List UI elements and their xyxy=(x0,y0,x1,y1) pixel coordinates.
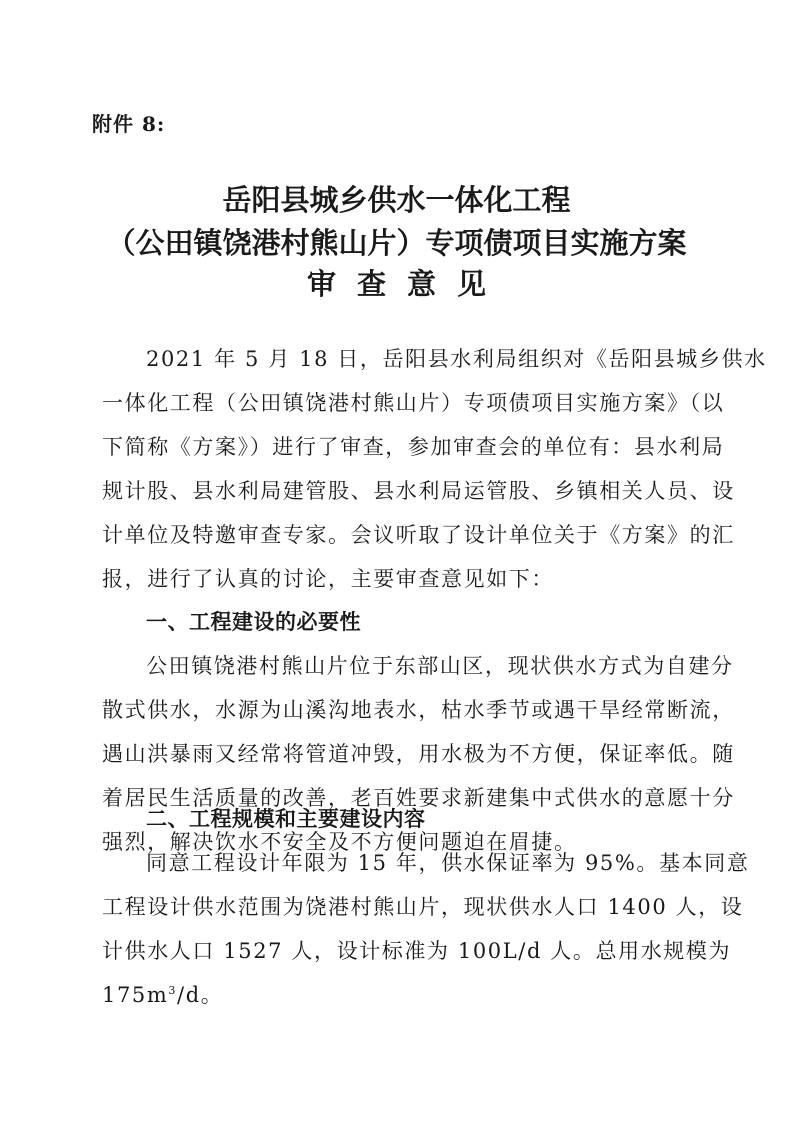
paragraph-line: 规计股、县水利局建管股、县水利局运管股、乡镇相关人员、设 xyxy=(102,475,702,505)
paragraph-line: 2021 年 5 月 18 日，岳阳县水利局组织对《岳阳县城乡供水 xyxy=(146,343,746,373)
paragraph-line: 同意工程设计年限为 15 年，供水保证率为 95%。基本同意 xyxy=(146,847,746,877)
paragraph-line: 遇山洪暴雨又经常将管道冲毁，用水极为不方便，保证率低。随 xyxy=(102,738,702,768)
paragraph-line: 散式供水，水源为山溪沟地表水，枯水季节或遇干旱经常断流， xyxy=(102,694,702,724)
water-volume-unit: /d。 xyxy=(177,983,223,1007)
annex-label: 附件 8: xyxy=(92,108,165,137)
paragraph-line: 一体化工程（公田镇饶港村熊山片）专项债项目实施方案》（以 xyxy=(102,387,702,417)
document-title-line-3: 审查意见 xyxy=(0,262,793,303)
document-title-line-1: 岳阳县城乡供水一体化工程 xyxy=(0,178,793,219)
section-heading: 二、工程规模和主要建设内容 xyxy=(146,803,746,833)
document-page: 附件 8: 岳阳县城乡供水一体化工程 （公田镇饶港村熊山片）专项债项目实施方案 … xyxy=(0,0,793,1122)
paragraph-line: 计供水人口 1527 人，设计标准为 100L/d 人。总用水规模为 xyxy=(102,935,702,965)
document-title-line-2: （公田镇饶港村熊山片）专项债项目实施方案 xyxy=(0,221,793,262)
paragraph-line: 175m3/d。 xyxy=(102,979,702,1009)
paragraph-line: 下简称《方案》）进行了审查，参加审查会的单位有：县水利局 xyxy=(102,431,702,461)
paragraph-line: 公田镇饶港村熊山片位于东部山区，现状供水方式为自建分 xyxy=(146,650,746,680)
water-volume-value: 175m xyxy=(102,983,168,1007)
section-heading: 一、工程建设的必要性 xyxy=(146,606,746,636)
paragraph-line: 工程设计供水范围为饶港村熊山片，现状供水人口 1400 人，设 xyxy=(102,891,702,921)
cubic-superscript: 3 xyxy=(168,984,177,997)
paragraph-line: 计单位及特邀审查专家。会议听取了设计单位关于《方案》的汇 xyxy=(102,519,702,549)
paragraph-line: 报，进行了认真的讨论，主要审查意见如下： xyxy=(102,563,702,593)
